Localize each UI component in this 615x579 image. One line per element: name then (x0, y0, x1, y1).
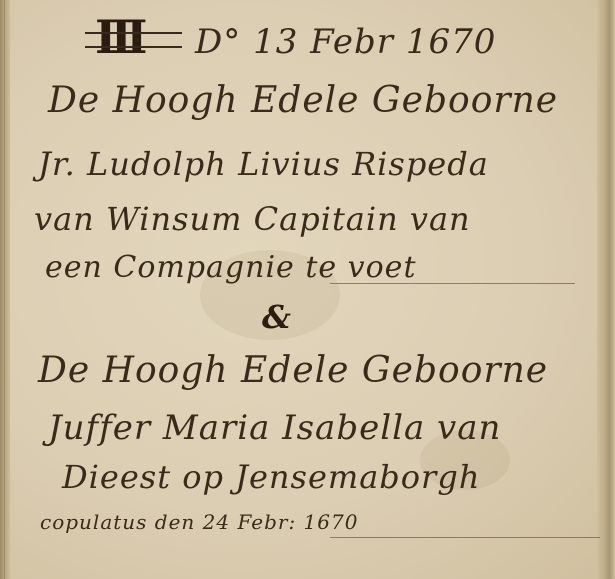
entry-date-line: D° 13 Febr 1670 (195, 22, 496, 62)
groom-name-line: Jr. Ludolph Livius Rispeda (38, 145, 489, 183)
groom-rank-line: een Compagnie te voet (45, 250, 417, 285)
margin-numeral: III (95, 10, 142, 64)
bride-title-line: De Hoogh Edele Geboorne (38, 350, 548, 391)
underline-rule (330, 537, 600, 538)
ampersand-mark: & (262, 298, 292, 336)
manuscript-page: III D° 13 Febr 1670 De Hoogh Edele Geboo… (0, 0, 615, 579)
underline-rule (330, 283, 575, 284)
groom-place-line: van Winsum Capitain van (34, 200, 471, 238)
page-gutter-left (0, 0, 10, 579)
strike-line (85, 32, 182, 34)
copulation-date-line: copulatus den 24 Febr: 1670 (40, 510, 358, 534)
bride-name-line: Juffer Maria Isabella van (48, 408, 501, 448)
bride-place-line: Dieest op Jensemaborgh (62, 458, 480, 496)
groom-title-line: De Hoogh Edele Geboorne (48, 80, 558, 121)
strike-line (85, 46, 182, 48)
page-edge-right (597, 0, 615, 579)
